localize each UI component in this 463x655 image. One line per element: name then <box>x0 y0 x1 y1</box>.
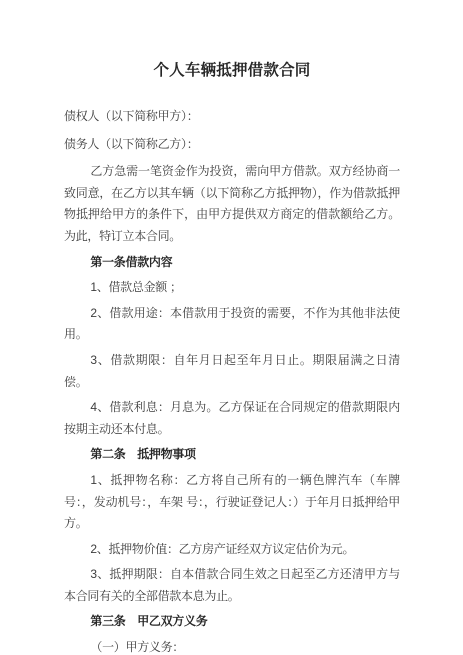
party-line-creditor: 债权人（以下简称甲方）： <box>64 106 400 128</box>
section-1-clause-3: 3、借款期限：自年月日起至年月日止。期限届满之日清偿。 <box>64 350 400 393</box>
section-2-clause-3: 3、抵押期限：自本借款合同生效之日起至乙方还清甲方与本合同有关的全部借款本息为止… <box>64 564 400 607</box>
section-1-clause-1: 1、借款总金额 ； <box>64 277 400 299</box>
party-line-debtor: 债务人（以下简称乙方）： <box>64 134 400 156</box>
contract-document: 个人车辆抵押借款合同 债权人（以下简称甲方）： 债务人（以下简称乙方）： 乙方急… <box>0 0 463 655</box>
section-2-clause-2: 2、抵押物价值：乙方房产证经双方议定估价为元。 <box>64 539 400 561</box>
document-title: 个人车辆抵押借款合同 <box>64 60 400 82</box>
section-3-clause-1: （一）甲方义务： <box>64 637 400 655</box>
section-1-clause-4: 4、借款利息：月息为。乙方保证在合同规定的借款期限内按期主动还本付息。 <box>64 397 400 440</box>
section-3-heading: 第三条 甲乙双方义务 <box>64 611 400 633</box>
preamble-paragraph: 乙方急需一笔资金作为投资，需向甲方借款。双方经协商一致同意，在乙方以其车辆（以下… <box>64 161 400 247</box>
section-1-heading: 第一条借款内容 <box>64 252 400 274</box>
section-2-clause-1: 1、抵押物名称：乙方将自己所有的一辆色牌汽车（车牌号：，发动机号：，车架 号：，… <box>64 470 400 535</box>
section-2-heading: 第二条 抵押物事项 <box>64 444 400 466</box>
section-1-clause-2: 2、借款用途：本借款用于投资的需要，不作为其他非法使用。 <box>64 303 400 346</box>
